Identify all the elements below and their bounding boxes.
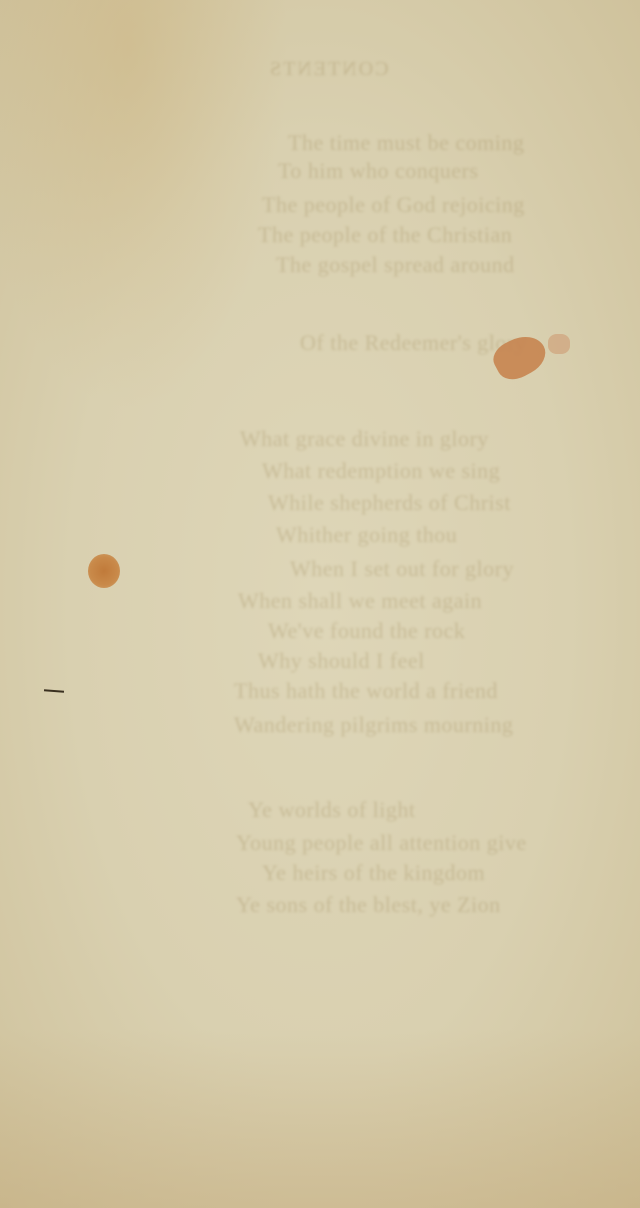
paper-fiber-mark (44, 689, 64, 692)
bleed-through-line: Whither going thou (276, 522, 457, 548)
foxing-stain (88, 554, 120, 588)
bleed-through-line: What redemption we sing (262, 458, 500, 484)
bleed-through-line: The time must be coming (288, 130, 524, 156)
bleed-through-line: Ye heirs of the kingdom (262, 860, 485, 886)
bleed-through-line: Ye worlds of light (248, 797, 416, 823)
blot-stain-small (548, 334, 570, 354)
bleed-through-line: Ye sons of the blest, ye Zion (236, 892, 501, 918)
bleed-through-line: What grace divine in glory (240, 426, 489, 452)
bleed-through-line: To him who conquers (278, 158, 478, 184)
bleed-through-line: The gospel spread around (276, 252, 515, 278)
bleed-through-line: Thus hath the world a friend (234, 678, 498, 704)
bleed-through-line: Of the Redeemer's glory (300, 330, 526, 356)
bleed-through-line: Why should I feel (258, 648, 425, 674)
bleed-through-line: When shall we meet again (238, 588, 482, 614)
bleed-through-line: The people of God rejoicing (262, 192, 525, 218)
bleed-through-heading: CONTENTS (268, 58, 388, 81)
document-page: CONTENTS The time must be coming To him … (0, 0, 640, 1208)
bleed-through-line: While shepherds of Christ (268, 490, 511, 516)
bleed-through-line: The people of the Christian (258, 222, 512, 248)
bleed-through-line: Young people all attention give (236, 830, 527, 856)
bleed-through-line: Wandering pilgrims mourning (234, 712, 513, 738)
bleed-through-line: When I set out for glory (290, 556, 514, 582)
bleed-through-line: We've found the rock (268, 618, 465, 644)
